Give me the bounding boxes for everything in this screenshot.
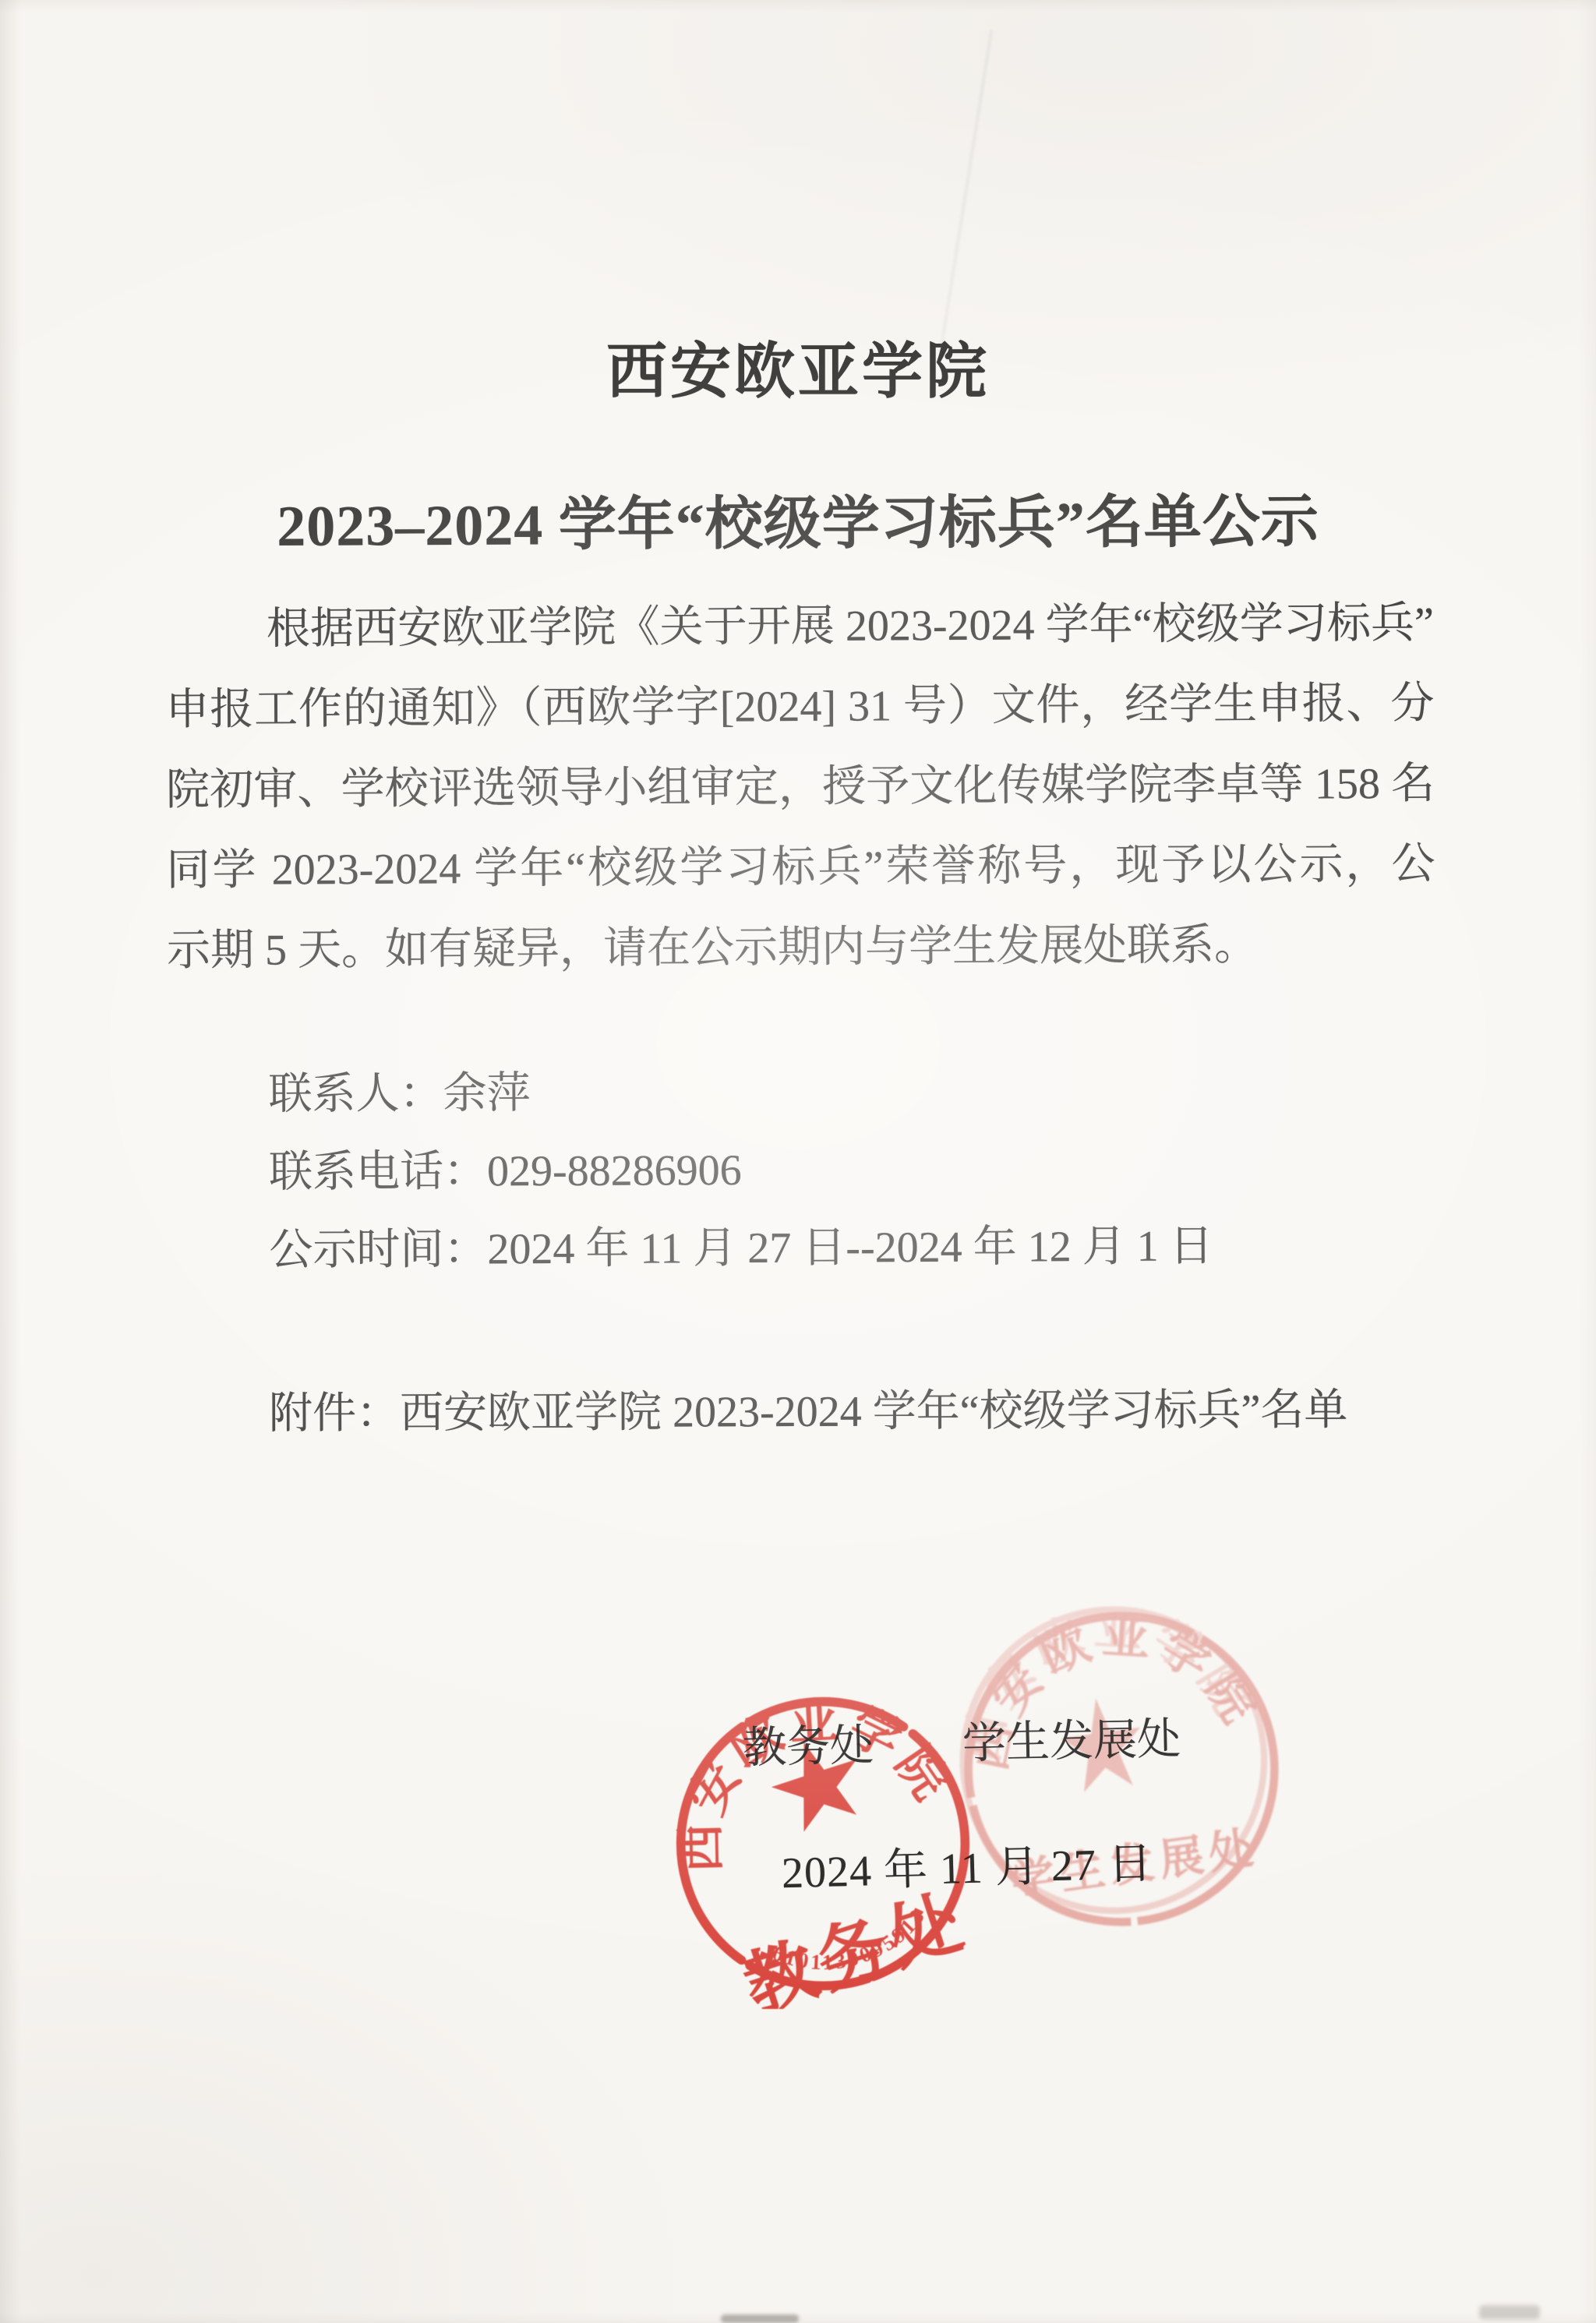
signature-dept-right: 学生发展处: [962, 1708, 1181, 1775]
scanned-document-page: 西安欧亚学院 2023–2024 学年“校级学习标兵”名单公示 根据西安欧亚学院…: [0, 0, 1596, 2323]
scan-smudge: [721, 2314, 799, 2323]
seal-serial-text: 6101130095913: [764, 1893, 940, 1995]
attachment-line: 附件：西安欧亚学院 2023-2024 学年“校级学习标兵”名单: [269, 1379, 1348, 1446]
paragraph-line: 示期 5 天。如有疑异，请在公示期内与学生发展处联系。: [167, 905, 1436, 992]
body-paragraph: 根据西安欧亚学院《关于开展 2023-2024 学年“校级学习标兵” 申报工作的…: [165, 584, 1436, 992]
signature-date: 2024 年 11 月 27 日: [781, 1833, 1153, 1905]
signature-departments: 教务处 学生发展处: [742, 1708, 1181, 1780]
document-title-subject: 2023–2024 学年“校级学习标兵”名单公示: [0, 489, 1596, 561]
paragraph-line: 同学 2023-2024 学年“校级学习标兵”荣誉称号，现予以公示，公: [166, 824, 1435, 912]
scan-smudge: [1479, 2305, 1540, 2319]
paragraph-line: 院初审、学校评选领导小组审定，授予文化传媒学院李卓等 158 名: [166, 744, 1435, 831]
paper-crease: [939, 30, 993, 353]
signature-dept-left: 教务处: [742, 1714, 874, 1780]
publicity-period-line: 公示时间：2024 年 11 月 27 日--2024 年 12 月 1 日: [269, 1207, 1213, 1289]
document-title-organization: 西安欧亚学院: [0, 339, 1596, 404]
contact-phone-line: 联系电话：029-88286906: [269, 1129, 1213, 1211]
seal-serial-textpath: 6101130095913: [764, 1893, 940, 1995]
contact-person-line: 联系人：余萍: [268, 1051, 1213, 1133]
contact-block: 联系人：余萍 联系电话：029-88286906 公示时间：2024 年 11 …: [268, 1051, 1213, 1289]
paragraph-line: 申报工作的通知》（西欧学字[2024] 31 号）文件，经学生申报、分: [165, 664, 1435, 751]
paragraph-line: 根据西安欧亚学院《关于开展 2023-2024 学年“校级学习标兵”: [165, 584, 1435, 671]
